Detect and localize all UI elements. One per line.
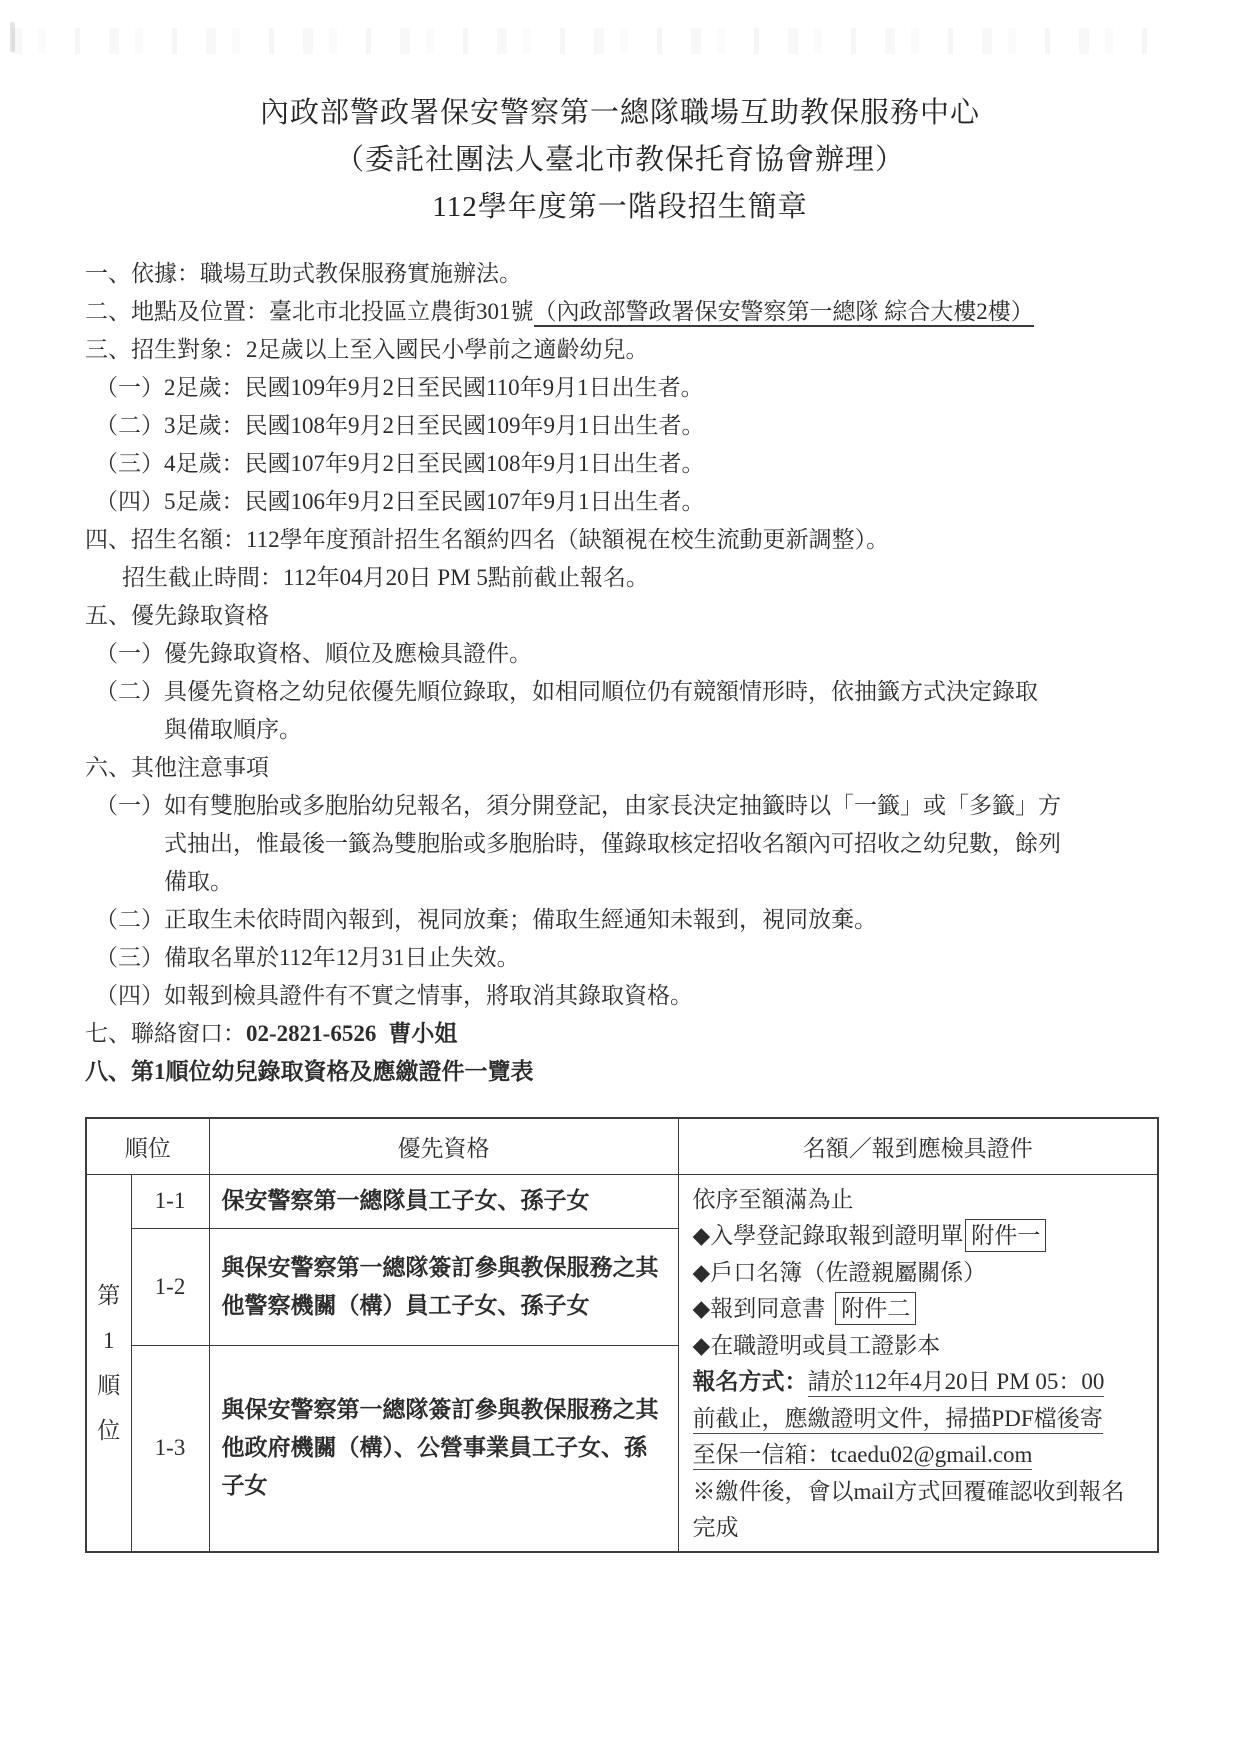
- attachment-2-tag: 附件二: [835, 1292, 916, 1325]
- priority-rank-table: 順位 優先資格 名額／報到應檢具證件 第1順位 1-1 保安警察第一總隊員工子女…: [85, 1117, 1159, 1553]
- item-2-location: 二、地點及位置：臺北市北投區立農街301號（內政部警政署保安警察第一總隊 綜合大…: [85, 293, 1240, 331]
- item-4-quota: 四、招生名額：112學年度預計招生名額約四名（缺額視在校生流動更新調整）。: [85, 521, 1240, 559]
- docs-bullet-employment-proof: ◆在職證明或員工證影本: [693, 1328, 1146, 1365]
- docs-bullet-3-text: ◆報到同意書: [693, 1296, 826, 1321]
- rank-code-1-3: 1-3: [131, 1346, 209, 1552]
- item-2-location-underlined: （內政部警政署保安警察第一總隊 綜合大樓2樓）: [534, 299, 1034, 327]
- registration-method-line-2-text: 前截止，應繳證明文件，掃描PDF檔後寄: [693, 1406, 1103, 1434]
- item-3-targets: 三、招生對象：2足歲以上至入國民小學前之適齡幼兒。: [85, 331, 1240, 369]
- table-header-row: 順位 優先資格 名額／報到應檢具證件: [86, 1118, 1158, 1174]
- item-3-age-3: （二）3足歲：民國108年9月2日至民國109年9月1日出生者。: [95, 407, 1240, 445]
- table-row-1-1: 第1順位 1-1 保安警察第一總隊員工子女、孫子女 依序至額滿為止 ◆入學登記錄…: [86, 1174, 1158, 1228]
- docs-confirmation-note: ※繳件後，會以mail方式回覆確認收到報名完成: [693, 1474, 1146, 1547]
- qualification-1-3: 與保安警察第一總隊簽訂參與教保服務之其他政府機關（構）、公營事業員工子女、孫子女: [209, 1346, 678, 1552]
- qualification-1-2: 與保安警察第一總隊簽訂參與教保服務之其他警察機關（構）員工子女、孫子女: [209, 1228, 678, 1345]
- docs-bullet-household-register: ◆戶口名簿（佐證親屬關係）: [693, 1255, 1146, 1292]
- title-line-1: 內政部警政署保安警察第一總隊職場互助教保服務中心: [0, 90, 1240, 137]
- item-6-sub-1-line-1: （一）如有雙胞胎或多胞胎幼兒報名，須分開登記，由家長決定抽籤時以「一籤」或「多籤…: [95, 787, 1240, 825]
- item-7-contact-prefix: 七、聯絡窗口：: [85, 1021, 246, 1046]
- item-5-sub-1: （一）優先錄取資格、順位及應檢具證件。: [95, 635, 1240, 673]
- item-6-sub-4: （四）如報到檢具證件有不實之情事，將取消其錄取資格。: [95, 977, 1240, 1015]
- item-1-basis: 一、依據：職場互助式教保服務實施辦法。: [85, 255, 1240, 293]
- item-5-priority: 五、優先錄取資格: [85, 597, 1240, 635]
- item-5-sub-2-line-2: 與備取順序。: [164, 711, 1240, 749]
- contact-phone-number: 02-2821-6526: [246, 1021, 376, 1046]
- docs-bullet-registration-form: ◆入學登記錄取報到證明單附件一: [693, 1218, 1146, 1255]
- document-title-block: 內政部警政署保安警察第一總隊職場互助教保服務中心 （委託社團法人臺北市教保托育協…: [0, 90, 1240, 231]
- item-4-deadline: 招生截止時間：112年04月20日 PM 5點前截止報名。: [122, 559, 1240, 597]
- rank-group-label: 第1順位: [86, 1174, 131, 1552]
- item-6-notes: 六、其他注意事項: [85, 749, 1240, 787]
- docs-bullet-1-text: ◆入學登記錄取報到證明單: [693, 1223, 964, 1248]
- header-rank: 順位: [86, 1118, 209, 1174]
- item-6-sub-1-line-3: 備取。: [164, 863, 1240, 901]
- document-body: 一、依據：職場互助式教保服務實施辦法。 二、地點及位置：臺北市北投區立農街301…: [0, 255, 1240, 1091]
- rank-code-1-2: 1-2: [131, 1228, 209, 1345]
- contact-person-name: 曹小姐: [388, 1021, 457, 1046]
- registration-email-line: 至保一信箱：tcaedu02@gmail.com: [693, 1437, 1146, 1474]
- qualification-1-1: 保安警察第一總隊員工子女、孫子女: [209, 1174, 678, 1228]
- item-5-sub-2-line-1: （二）具優先資格之幼兒依優先順位錄取，如相同順位仍有競額情形時，依抽籤方式決定錄…: [95, 673, 1240, 711]
- item-6-sub-2: （二）正取生未依時間內報到，視同放棄；備取生經通知未報到，視同放棄。: [95, 901, 1240, 939]
- item-6-sub-3: （三）備取名單於112年12月31日止失效。: [95, 939, 1240, 977]
- item-8-table-heading: 八、第1順位幼兒錄取資格及應繳證件一覽表: [85, 1053, 1240, 1091]
- header-documents: 名額／報到應檢具證件: [678, 1118, 1158, 1174]
- title-line-3: 112學年度第一階段招生簡章: [0, 184, 1240, 231]
- docs-bullet-consent-form: ◆報到同意書附件二: [693, 1291, 1146, 1328]
- documents-cell: 依序至額滿為止 ◆入學登記錄取報到證明單附件一 ◆戶口名簿（佐證親屬關係） ◆報…: [678, 1174, 1158, 1552]
- item-3-age-5: （四）5足歲：民國106年9月2日至民國107年9月1日出生者。: [95, 483, 1240, 521]
- scanned-document-page: 內政部警政署保安警察第一總隊職場互助教保服務中心 （委託社團法人臺北市教保托育協…: [0, 0, 1240, 1753]
- rank-code-1-1: 1-1: [131, 1174, 209, 1228]
- scan-noise-artifact: [12, 28, 1160, 54]
- attachment-1-tag: 附件一: [965, 1219, 1046, 1252]
- title-line-2: （委託社團法人臺北市教保托育協會辦理）: [0, 137, 1240, 184]
- header-qualification: 優先資格: [209, 1118, 678, 1174]
- item-2-location-prefix: 二、地點及位置：臺北市北投區立農街301號: [85, 299, 534, 324]
- docs-capacity-line: 依序至額滿為止: [693, 1182, 1146, 1219]
- registration-deadline-underlined: 請於112年4月20日 PM 05：00: [808, 1369, 1105, 1397]
- item-6-sub-1-line-2: 式抽出，惟最後一籤為雙胞胎或多胞胎時，僅錄取核定招收名額內可招收之幼兒數，餘列: [164, 825, 1240, 863]
- item-3-age-4: （三）4足歲：民國107年9月2日至民國108年9月1日出生者。: [95, 445, 1240, 483]
- registration-method-line-2: 前截止，應繳證明文件，掃描PDF檔後寄: [693, 1401, 1146, 1438]
- registration-method-line-1: 報名方式：請於112年4月20日 PM 05：00: [693, 1364, 1146, 1401]
- registration-method-label: 報名方式：: [693, 1369, 808, 1394]
- scan-edge-mark: [10, 22, 15, 52]
- registration-email-underlined: 至保一信箱：tcaedu02@gmail.com: [693, 1442, 1033, 1470]
- item-3-age-2: （一）2足歲：民國109年9月2日至民國110年9月1日出生者。: [95, 369, 1240, 407]
- item-7-contact: 七、聯絡窗口：02-2821-6526曹小姐: [85, 1015, 1240, 1053]
